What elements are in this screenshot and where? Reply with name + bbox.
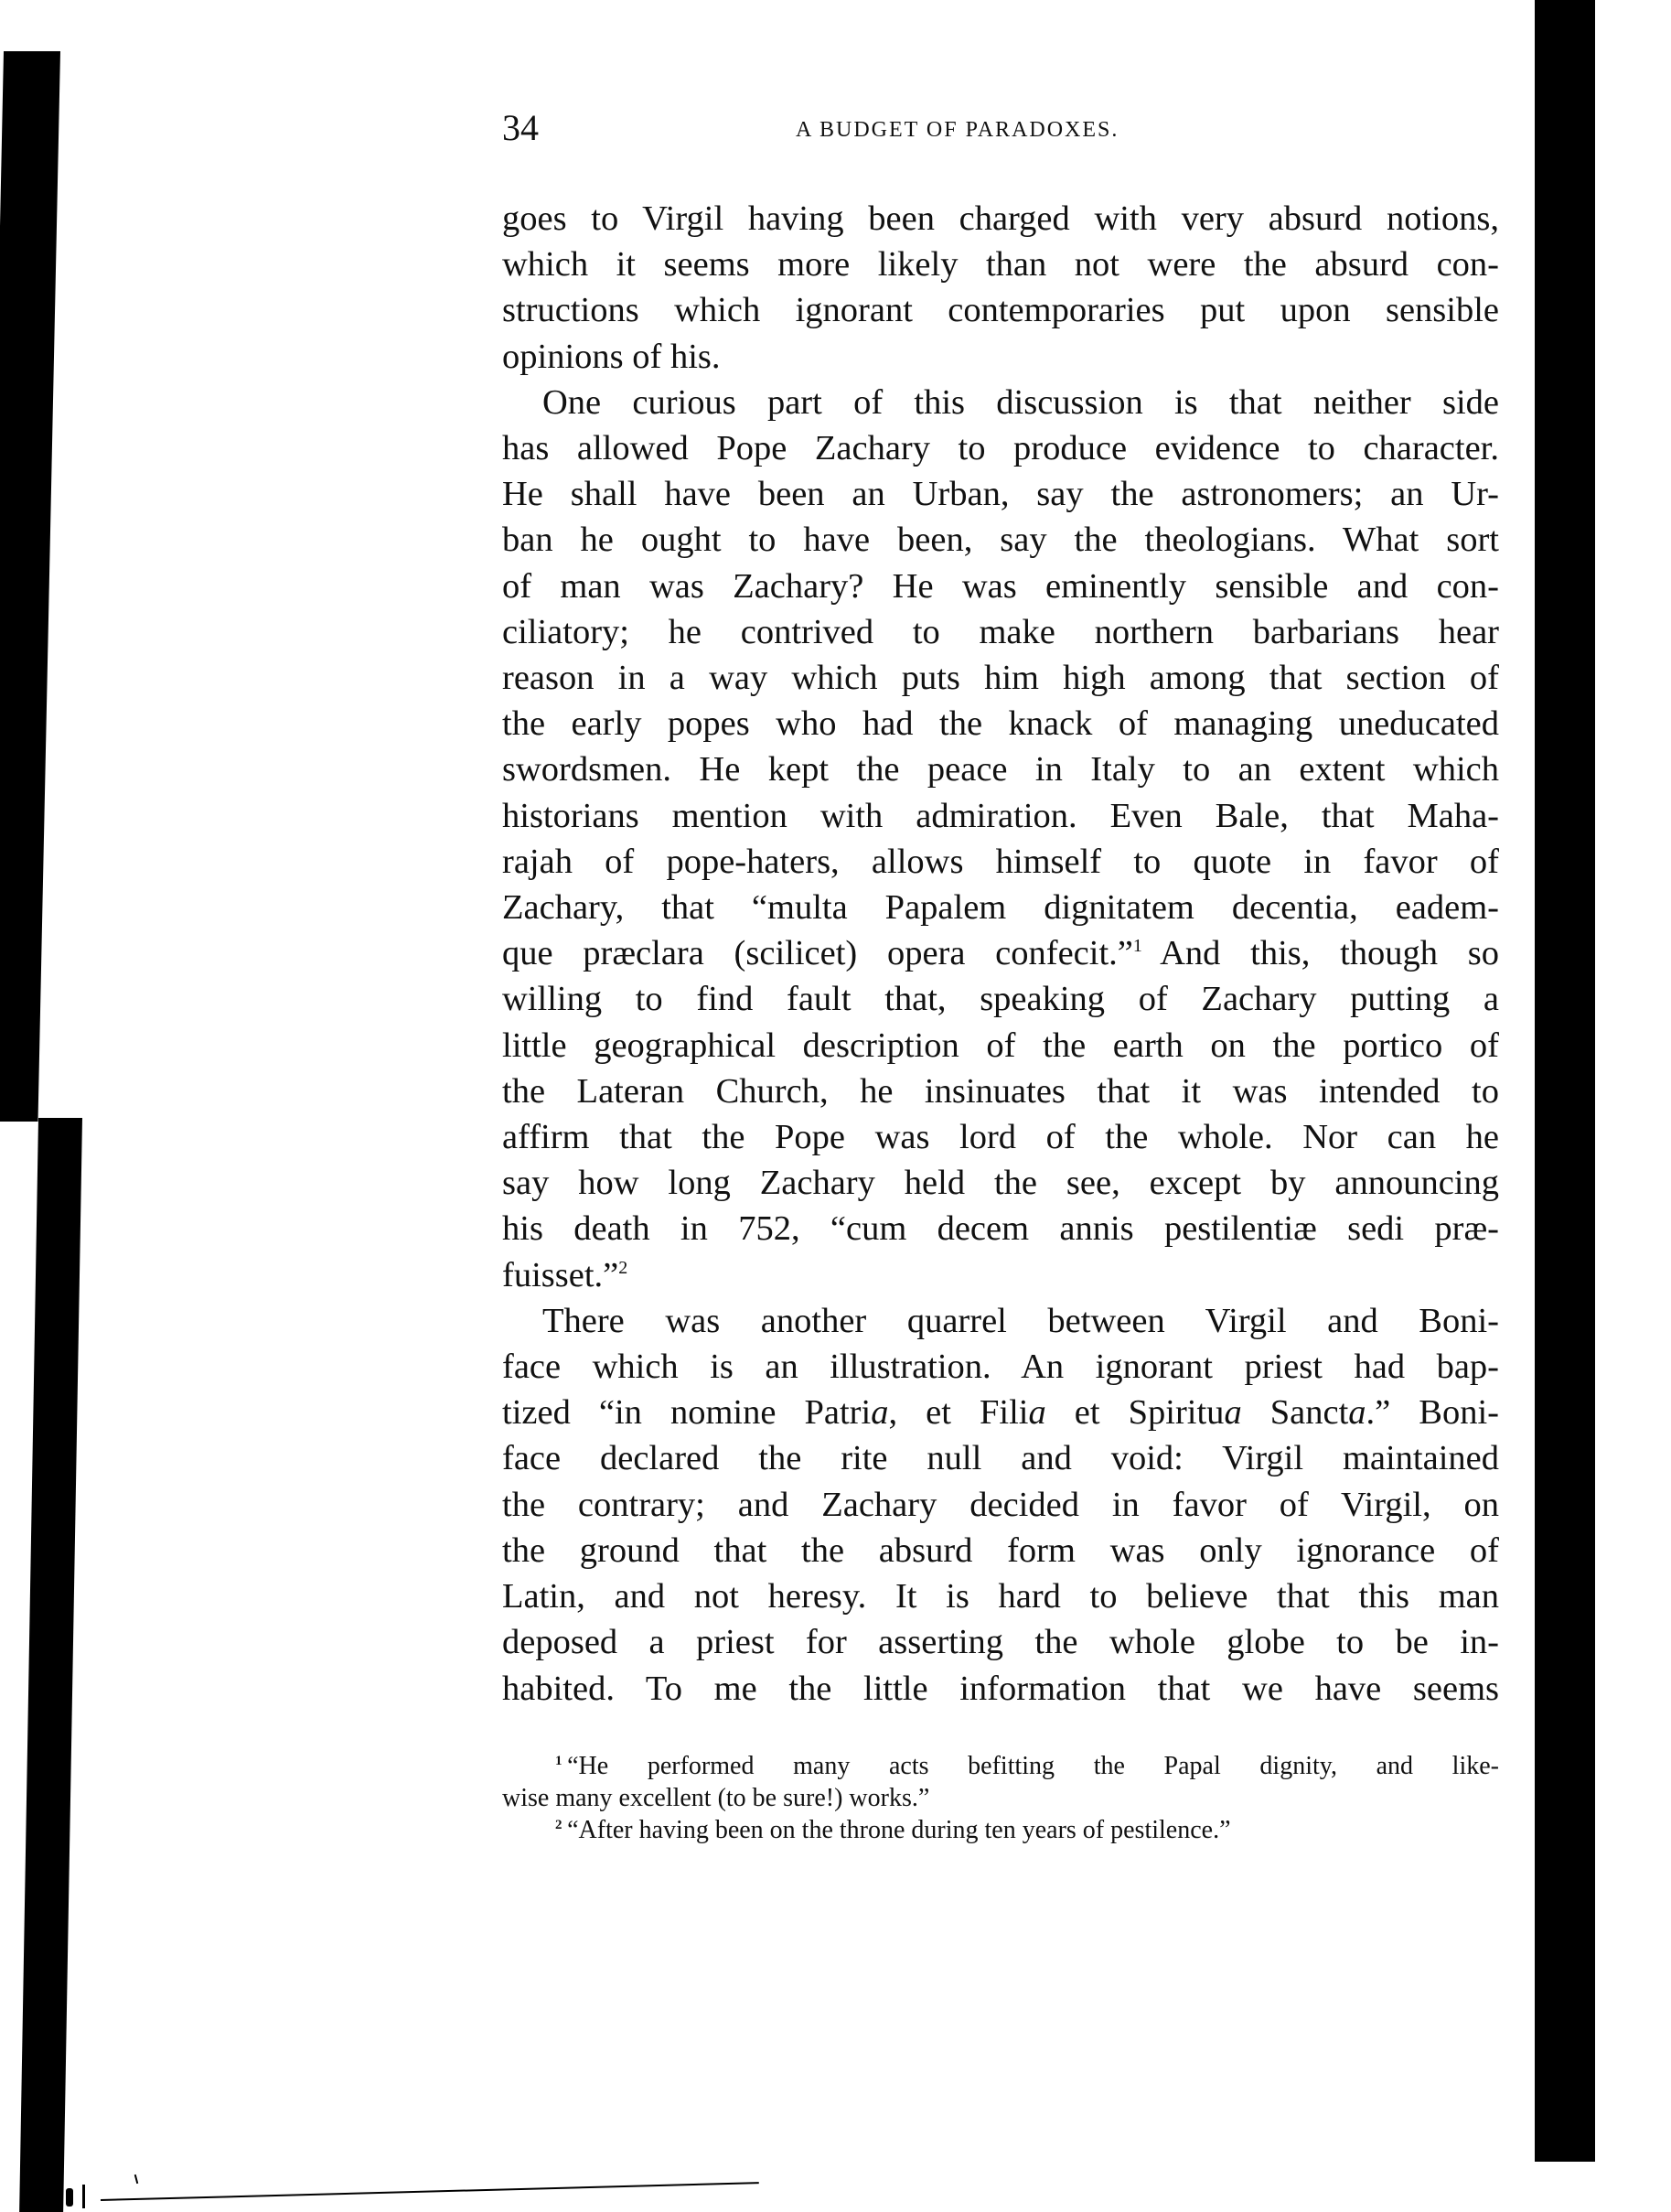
- book-page: 34 A BUDGET OF PARADOXES. goes to Virgil…: [502, 108, 1499, 1846]
- text-line: There was another quarrel between Virgil…: [502, 1298, 1499, 1344]
- text-line: of man was Zachary? He was eminently sen…: [502, 564, 1499, 609]
- text-line: reason in a way which puts him high amon…: [502, 655, 1499, 701]
- scan-speck: [134, 2174, 139, 2184]
- italic-fragment: a: [1224, 1393, 1241, 1432]
- paragraph-2: One curious part of this discussion is t…: [502, 380, 1499, 1298]
- page-number: 34: [502, 108, 539, 148]
- text-line: habited. To me the little information th…: [502, 1666, 1499, 1712]
- text-line: has allowed Pope Zachary to produce evid…: [502, 425, 1499, 471]
- text-line: rajah of pope-haters, allows himself to …: [502, 839, 1499, 885]
- footnote-1: 1 “He performed many acts befitting the …: [502, 1750, 1499, 1814]
- footnotes: 1 “He performed many acts befitting the …: [502, 1750, 1499, 1846]
- text-fragment: And this, though so: [1160, 934, 1499, 972]
- scan-border-right: [1535, 0, 1595, 2162]
- text-line: willing to find fault that, speaking of …: [502, 976, 1499, 1022]
- text-fragment: que præclara (scilicet) opera confecit.”: [502, 934, 1133, 972]
- text-line: the ground that the absurd form was only…: [502, 1528, 1499, 1573]
- text-line: affirm that the Pope was lord of the who…: [502, 1114, 1499, 1160]
- footnote-marker: 1: [555, 1754, 562, 1768]
- scan-speck: [82, 2185, 85, 2208]
- italic-fragment: a: [1028, 1393, 1045, 1432]
- text-line: face declared the rite null and void: Vi…: [502, 1435, 1499, 1481]
- text-line: which it seems more likely than not were…: [502, 242, 1499, 287]
- text-line: his death in 752, “cum decem annis pesti…: [502, 1206, 1499, 1251]
- text-fragment: tized “in nomine Patri: [502, 1393, 871, 1432]
- text-fragment: et Spiritu: [1046, 1393, 1225, 1432]
- body-text: goes to Virgil having been charged with …: [502, 196, 1499, 1712]
- text-line: opinions of his.: [502, 334, 1499, 380]
- running-head: 34 A BUDGET OF PARADOXES.: [502, 108, 1499, 154]
- text-fragment: .” Boni-: [1366, 1393, 1499, 1432]
- footnote-marker: 2: [555, 1818, 562, 1832]
- text-line: face which is an illustration. An ignora…: [502, 1344, 1499, 1390]
- italic-fragment: a: [871, 1393, 888, 1432]
- text-line: little geographical description of the e…: [502, 1023, 1499, 1068]
- scan-speck: [66, 2188, 73, 2207]
- text-line: One curious part of this discussion is t…: [502, 380, 1499, 425]
- italic-fragment: a: [1348, 1393, 1366, 1432]
- text-line: goes to Virgil having been charged with …: [502, 196, 1499, 242]
- text-line: ciliatory; he contrived to make northern…: [502, 609, 1499, 655]
- footnote-2: 2 “After having been on the throne durin…: [502, 1814, 1499, 1846]
- footnote-line: 2 “After having been on the throne durin…: [502, 1814, 1499, 1846]
- text-line: swordsmen. He kept the peace in Italy to…: [502, 746, 1499, 792]
- footnote-line: wise many excellent (to be sure!) works.…: [502, 1782, 1499, 1814]
- paragraph-3: There was another quarrel between Virgil…: [502, 1298, 1499, 1712]
- text-line: Zachary, that “multa Papalem dignitatem …: [502, 885, 1499, 930]
- text-line: Latin, and not heresy. It is hard to bel…: [502, 1573, 1499, 1619]
- text-line: say how long Zachary held the see, excep…: [502, 1160, 1499, 1206]
- footnote-text: “He performed many acts befitting the Pa…: [567, 1752, 1499, 1780]
- footnote-text: “After having been on the throne during …: [567, 1816, 1230, 1844]
- paragraph-1: goes to Virgil having been charged with …: [502, 196, 1499, 380]
- text-fragment: fuisset.”: [502, 1256, 618, 1294]
- scan-border-left-lower: [19, 1118, 82, 2212]
- footnote-line: 1 “He performed many acts befitting the …: [502, 1750, 1499, 1782]
- text-line: deposed a priest for asserting the whole…: [502, 1619, 1499, 1665]
- text-line: tized “in nomine Patria, et Filia et Spi…: [502, 1390, 1499, 1435]
- footnote-ref-2[interactable]: 2: [618, 1258, 627, 1278]
- text-line: structions which ignorant contemporaries…: [502, 287, 1499, 333]
- text-line: ban he ought to have been, say the theol…: [502, 517, 1499, 563]
- text-line: the Lateran Church, he insinuates that i…: [502, 1068, 1499, 1114]
- scan-bottom-edge-line: [101, 2182, 759, 2201]
- footnote-ref-1[interactable]: 1: [1133, 936, 1142, 956]
- text-fragment: Sanct: [1242, 1393, 1349, 1432]
- running-title: A BUDGET OF PARADOXES.: [796, 117, 1119, 143]
- text-line: que præclara (scilicet) opera confecit.”…: [502, 930, 1499, 976]
- text-line: fuisset.”2: [502, 1252, 1499, 1298]
- text-fragment: , et Fili: [888, 1393, 1028, 1432]
- scan-border-left-upper: [0, 51, 60, 1122]
- text-line: He shall have been an Urban, say the ast…: [502, 471, 1499, 517]
- text-line: historians mention with admiration. Even…: [502, 793, 1499, 839]
- text-line: the contrary; and Zachary decided in fav…: [502, 1482, 1499, 1528]
- text-line: the early popes who had the knack of man…: [502, 701, 1499, 746]
